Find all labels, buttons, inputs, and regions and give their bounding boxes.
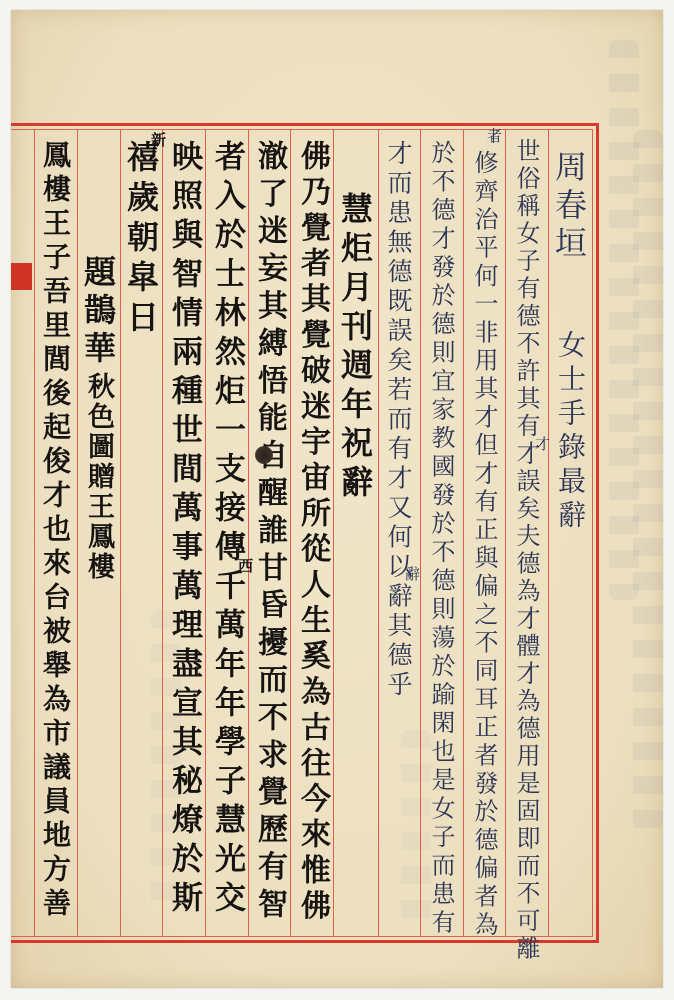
- frame-right-inner-rule: [592, 129, 593, 937]
- red-margin-tab: [11, 263, 32, 290]
- essay-1-line-2: 修齊治平何一非用其才但才有正與偏之不同耳正者發於德偏者為: [472, 150, 496, 940]
- essay-3-title-continued: 秋色圖贈王鳳樓: [85, 372, 112, 582]
- essay-3-line-1: 鳳樓王子吾里閭後起俊才也來台被舉為市議員地方善: [41, 140, 69, 922]
- annotation-struck-character: 者: [486, 128, 501, 143]
- essay-1-line-4: 才而患無德既誤矣若而有才又何以辭其德乎: [386, 140, 411, 701]
- annotation-insertion: 西: [237, 558, 252, 573]
- column-divider: [378, 130, 379, 936]
- column-divider: [420, 130, 421, 936]
- essay-3-title: 題鵲華: [82, 255, 114, 369]
- column-divider: [548, 130, 549, 936]
- column-divider: [205, 130, 206, 936]
- essay-1-line-3: 於不德才發於德則宜家教國發於不德則蕩於踰閑也是女子而患有: [429, 140, 453, 938]
- column-divider: [120, 130, 121, 936]
- essay-2-title: 慧炬月刊週年祝辭: [339, 192, 371, 504]
- column-divider: [463, 130, 464, 936]
- annotation-insertion: 辭: [404, 566, 419, 581]
- title-subtitle: 女士手錄最辭: [556, 330, 584, 534]
- column-divider: [290, 130, 291, 936]
- column-divider: [248, 130, 249, 936]
- frame-top-rule: [11, 123, 599, 126]
- author-name: 周春垣: [553, 150, 585, 264]
- essay-2-line-1: 佛乃覺者其覺破迷宇宙所從人生奚為古往今來惟佛: [297, 140, 327, 925]
- column-divider: [333, 130, 334, 936]
- essay-2-line-4: 映照與智情兩種世間萬事萬理盡宣其秘燎於斯: [168, 140, 199, 920]
- frame-bottom-rule: [11, 940, 599, 943]
- column-divider: [505, 130, 506, 936]
- column-divider: [162, 130, 163, 936]
- bleed-through-shadow: [633, 130, 663, 830]
- essay-2-line-5: 禧歲朝皐日: [125, 140, 157, 340]
- annotation-insertion: 新: [150, 132, 165, 147]
- essay-2-line-3: 者入於士林然炬一支接傳千萬年年學子慧光交: [211, 140, 242, 920]
- annotation-insertion: 才: [534, 436, 549, 451]
- frame-right-rule: [596, 123, 599, 943]
- essay-1-line-1: 世俗稱女子有德不許其有才誤矣夫德為才體才為德用是固即而不可離: [514, 138, 538, 963]
- column-divider: [34, 130, 35, 936]
- column-divider: [77, 130, 78, 936]
- frame-bottom-inner-rule: [11, 936, 593, 937]
- ink-blot: [255, 446, 273, 464]
- essay-2-line-2: 澈了迷妄其縛悟能自醒誰甘昏擾而不求覺歷有智: [254, 140, 284, 925]
